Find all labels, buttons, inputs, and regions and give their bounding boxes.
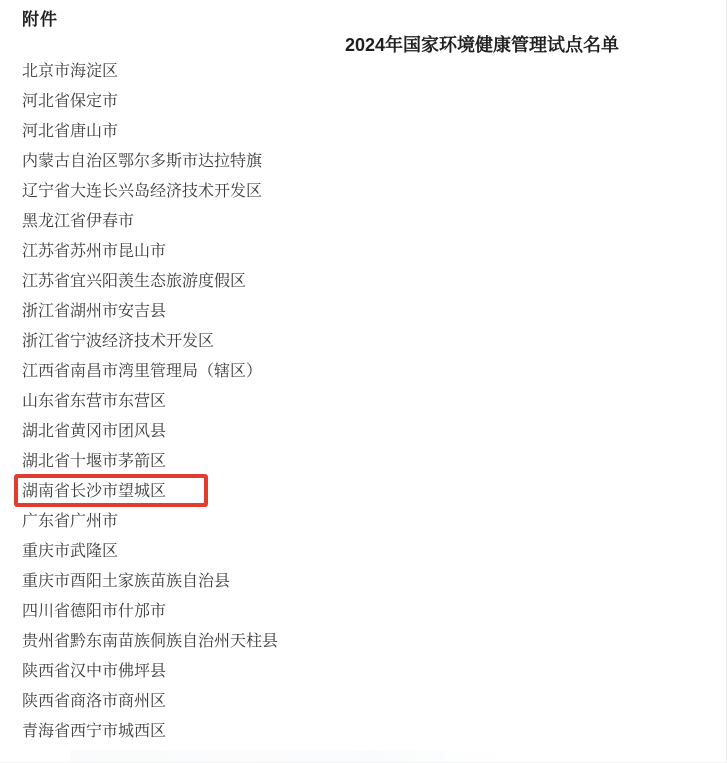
list-item: 江苏省苏州市昆山市	[0, 237, 726, 267]
list-item: 浙江省宁波经济技术开发区	[0, 327, 726, 357]
list-item-highlighted: 湖南省长沙市望城区	[0, 477, 726, 507]
list-item: 河北省保定市	[0, 87, 726, 117]
document-title: 2024年国家环境健康管理试点名单	[345, 31, 619, 57]
list-item: 陕西省汉中市佛坪县	[0, 657, 726, 687]
list-item: 山东省东营市东营区	[0, 387, 726, 417]
list-item: 陕西省商洛市商州区	[0, 687, 726, 717]
list-item: 重庆市酉阳土家族苗族自治县	[0, 567, 726, 597]
list-item: 青海省西宁市城西区	[0, 717, 726, 747]
list-item: 四川省德阳市什邡市	[0, 597, 726, 627]
list-item: 内蒙古自治区鄂尔多斯市达拉特旗	[0, 147, 726, 177]
list-item: 北京市海淀区	[0, 57, 726, 87]
pilot-location-list: 北京市海淀区 河北省保定市 河北省唐山市 内蒙古自治区鄂尔多斯市达拉特旗 辽宁省…	[0, 57, 726, 747]
list-item: 辽宁省大连长兴岛经济技术开发区	[0, 177, 726, 207]
attachment-label: 附件	[22, 5, 58, 30]
list-item: 河北省唐山市	[0, 117, 726, 147]
list-item: 湖北省黄冈市团风县	[0, 417, 726, 447]
list-item: 黑龙江省伊春市	[0, 207, 726, 237]
list-item: 广东省广州市	[0, 507, 726, 537]
list-item: 浙江省湖州市安吉县	[0, 297, 726, 327]
list-item: 湖北省十堰市茅箭区	[0, 447, 726, 477]
faded-next-line-artifact	[70, 750, 510, 763]
list-item: 重庆市武隆区	[0, 537, 726, 567]
list-item: 贵州省黔东南苗族侗族自治州天柱县	[0, 627, 726, 657]
document-page: 附件 2024年国家环境健康管理试点名单 北京市海淀区 河北省保定市 河北省唐山…	[0, 0, 727, 763]
list-item: 江西省南昌市湾里管理局（辖区）	[0, 357, 726, 387]
list-item: 江苏省宜兴阳羡生态旅游度假区	[0, 267, 726, 297]
